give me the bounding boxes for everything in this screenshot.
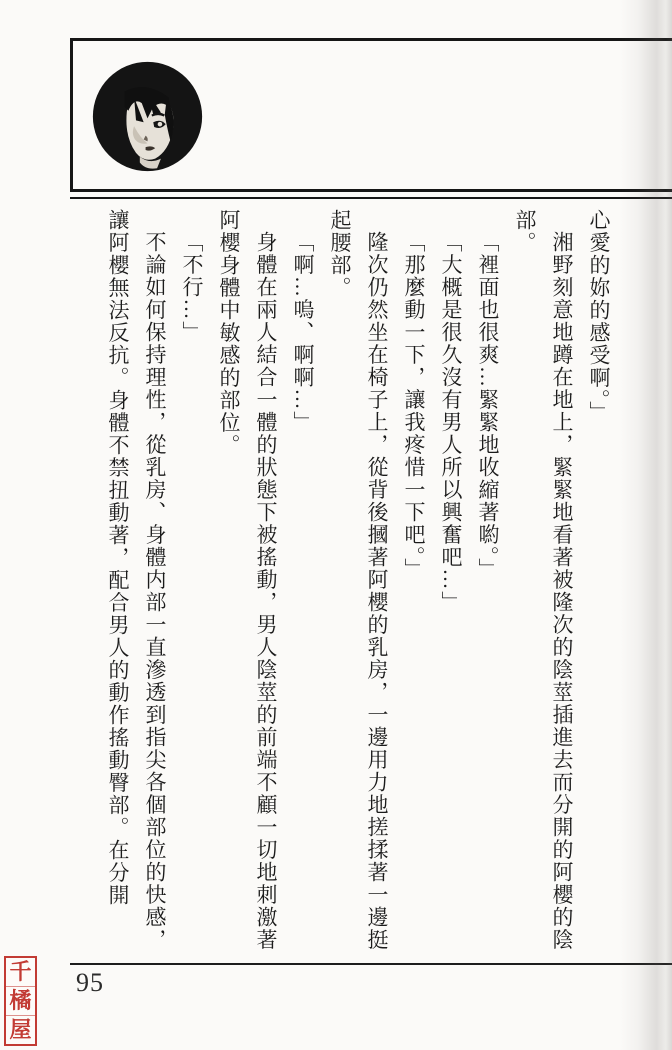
- paragraph: 不論如何保持理性，從乳房、身體内部一直滲透到指尖各個部位的快感，讓阿櫻無法反抗。…: [99, 209, 173, 953]
- paragraph: 身體在兩人結合一體的狀態下被搖動，男人陰莖的前端不顧一切地刺激著阿櫻身體中敏感的…: [210, 209, 284, 953]
- paragraph: 「裡面也很爽…緊緊地收縮著喲。」: [469, 209, 506, 953]
- paragraph: 隆次仍然坐在椅子上，從背後摑著阿櫻的乳房，一邊用力地搓揉著一邊挺起腰部。: [321, 209, 395, 953]
- page-number: 95: [76, 968, 104, 998]
- publisher-seal-stamp: 千 橘 屋: [4, 956, 37, 1046]
- seal-character: 千: [6, 958, 35, 987]
- novel-text-block: 心愛的妳的感受啊。」 湘野刻意地蹲在地上，緊緊地看著被隆次的陰莖插進去而分開的阿…: [99, 209, 617, 953]
- paragraph: 心愛的妳的感受啊。」: [580, 209, 617, 953]
- paragraph: 「啊…嗚、啊啊…」: [284, 209, 321, 953]
- seal-character: 屋: [6, 1016, 35, 1044]
- header-box-underline: [70, 197, 672, 199]
- paragraph: 湘野刻意地蹲在地上，緊緊地看著被隆次的陰莖插進去而分開的阿櫻的陰部。: [506, 209, 580, 953]
- seal-character: 橘: [6, 987, 35, 1016]
- paragraph: 「不行…」: [173, 209, 210, 953]
- girl-portrait-illustration: [90, 59, 205, 174]
- paragraph: 「大概是很久沒有男人所以興奮吧…」: [432, 209, 469, 953]
- footer-rule: [70, 963, 672, 965]
- scanned-book-page: 心愛的妳的感受啊。」 湘野刻意地蹲在地上，緊緊地看著被隆次的陰莖插進去而分開的阿…: [0, 0, 672, 1050]
- paragraph: 「那麼動一下，讓我疼惜一下吧。」: [395, 209, 432, 953]
